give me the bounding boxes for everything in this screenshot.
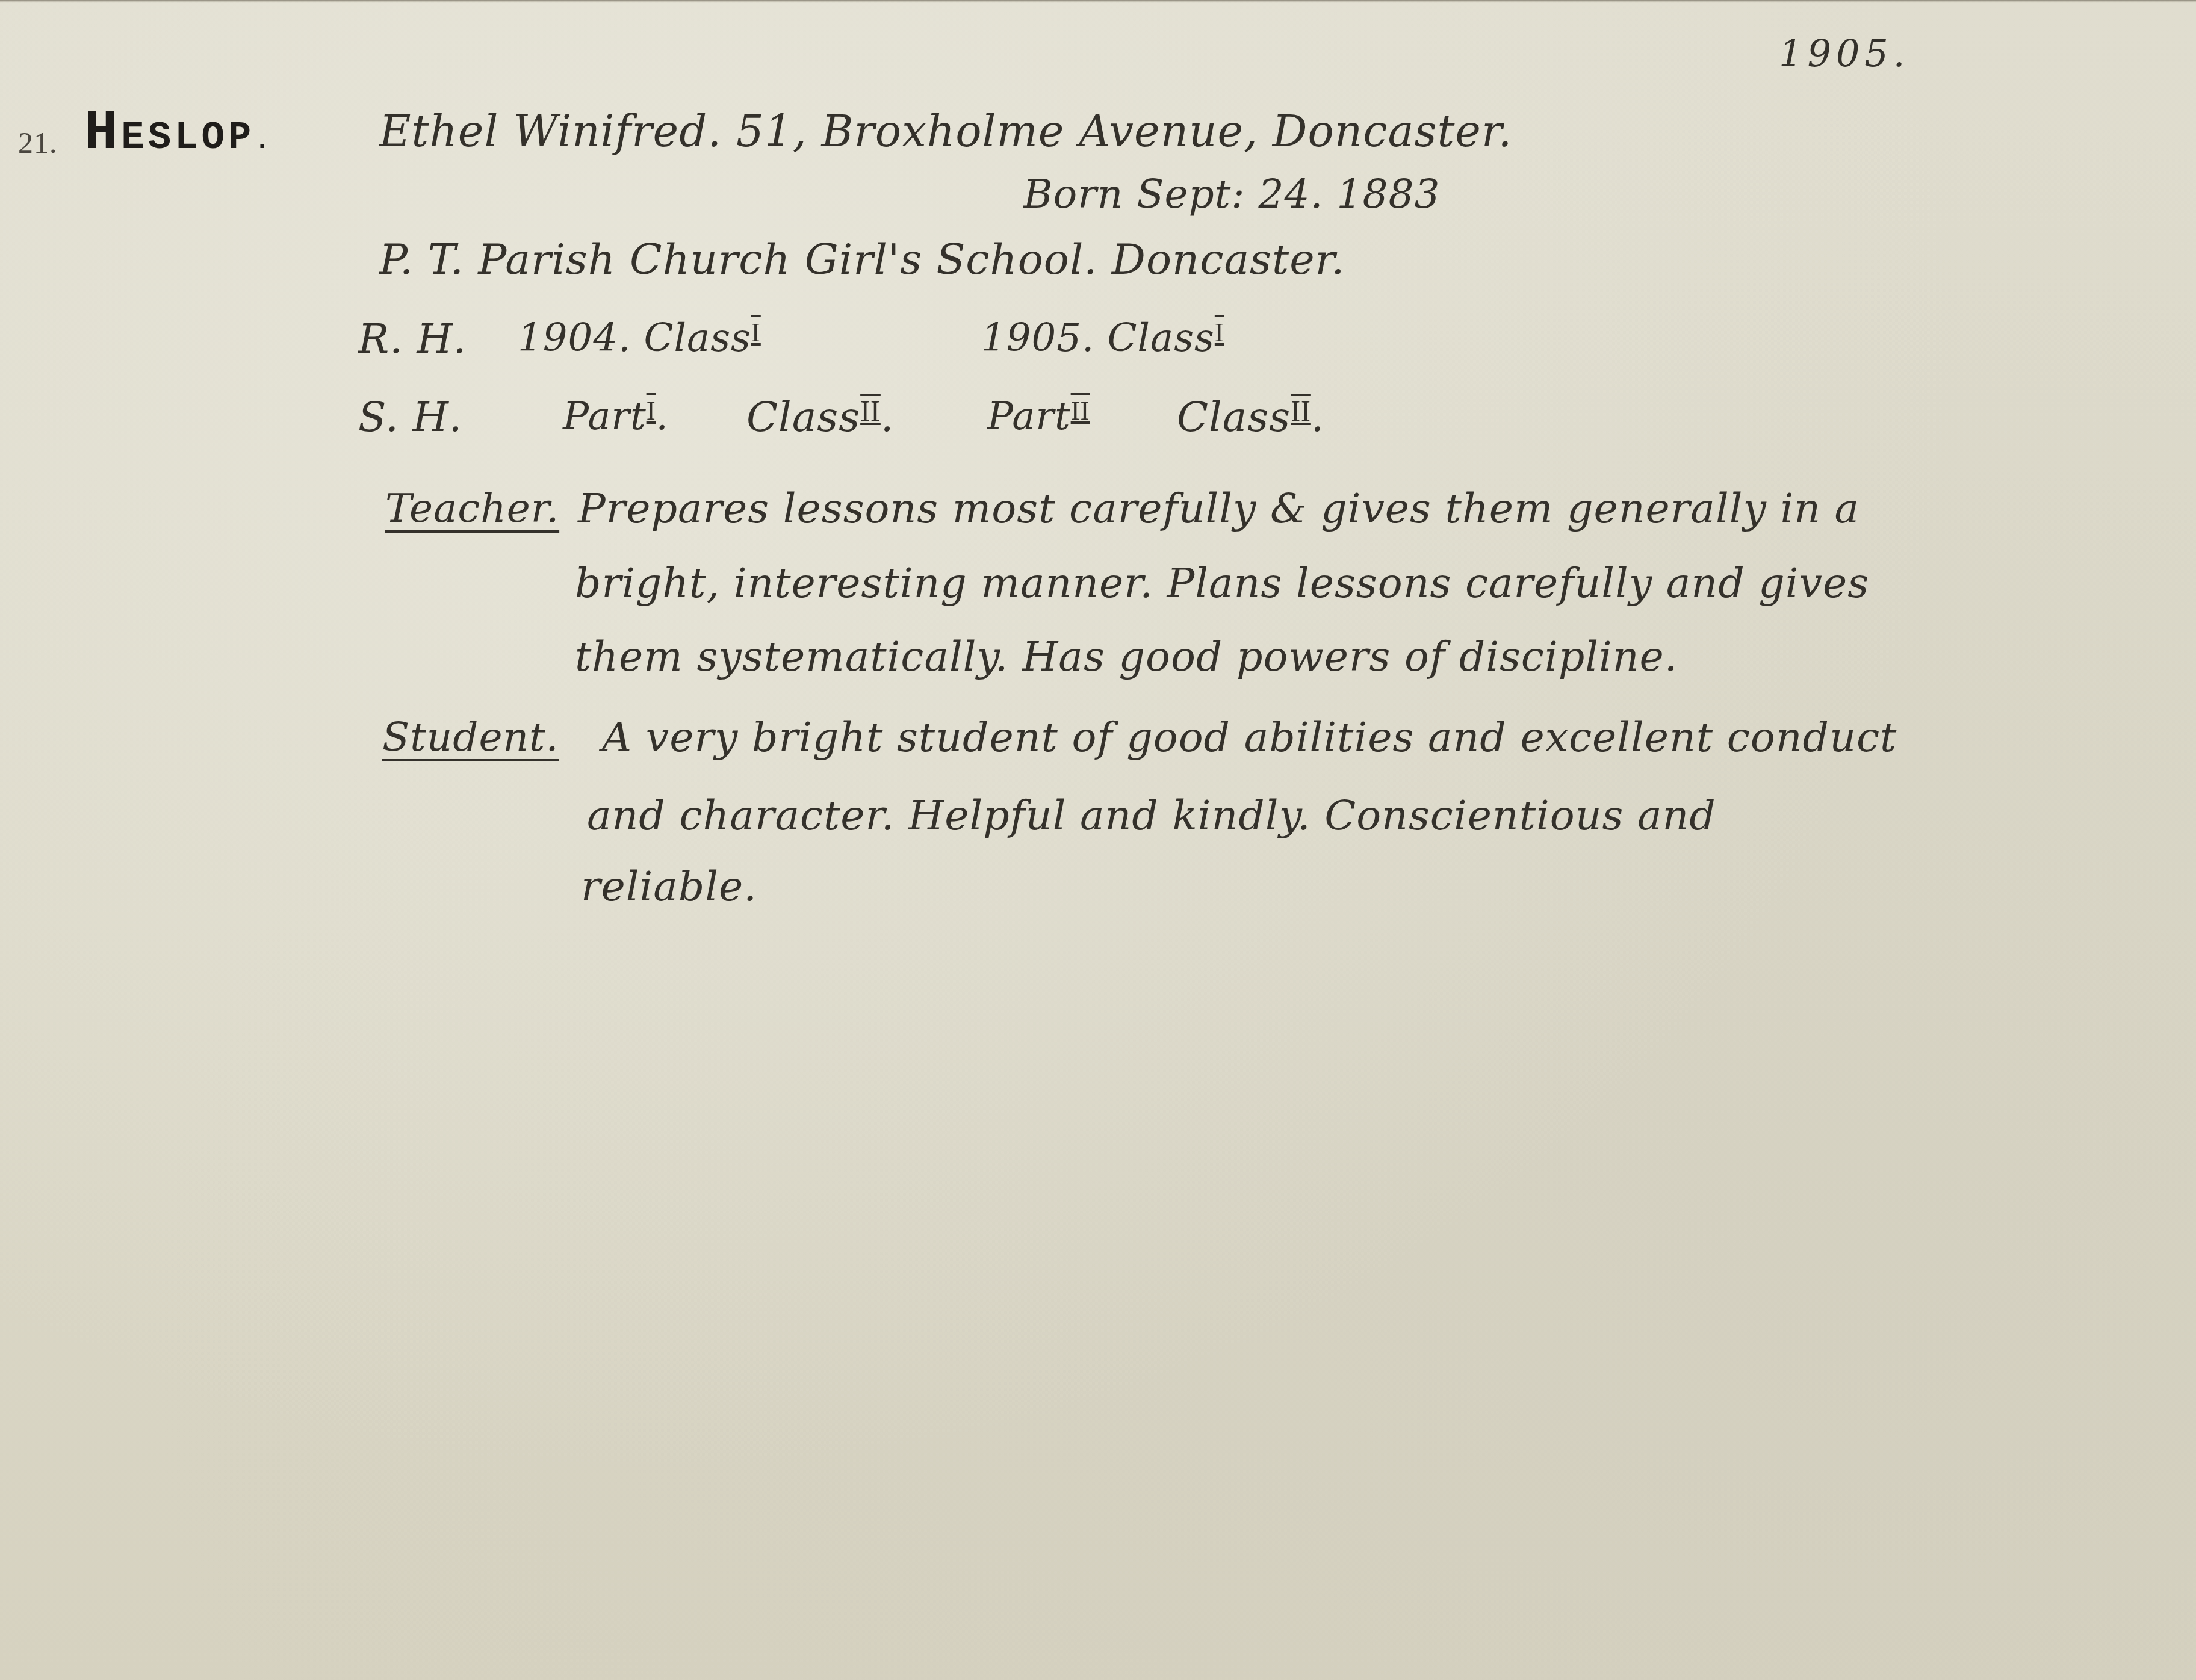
rh-class-num: I [751,317,761,347]
sh-label: S. H. [358,397,462,438]
rh-class-label: Class [1108,316,1215,361]
student-remark-line: reliable. [581,867,757,908]
pupil-teacher-school: P. T. Parish Church Girl's School. Donca… [379,238,1345,281]
surname: HESLOP. [84,106,273,161]
sh-class-2: ClassII. [1177,397,1324,438]
student-remark-line: and character. Helpful and kindly. Consc… [587,796,1716,837]
rh-entry-1904: 1904. ClassI [518,319,761,358]
surname-rest: ESLOP [121,117,255,160]
rh-class-num: I [1215,317,1224,347]
teacher-remark-line: them systematically. Has good powers of … [575,637,1678,678]
teacher-label: Teacher. [385,489,559,528]
rh-year: 1905. [981,316,1094,361]
student-remark-line: A very bright student of good abilities … [602,718,1897,758]
surname-punct: . [255,129,273,156]
entry-number: 21. [18,128,58,158]
rh-class-label: Class [644,316,751,361]
sh-part-num: I [647,395,656,426]
sh-class-label: Class [746,394,860,441]
given-names-address: Ethel Winifred. 51, Broxholme Avenue, Do… [379,110,1512,153]
sh-class-num: II [860,396,881,427]
sh-class-num: II [1291,396,1311,427]
teacher-remark-line: bright, interesting manner. Plans lesson… [575,563,1869,604]
sh-part-1: PartI. [563,397,669,436]
teacher-remark-line: Prepares lessons most carefully & gives … [578,489,1859,530]
rh-entry-1905: 1905. ClassI [981,319,1224,358]
sh-part-label: Part [563,394,647,439]
sh-part-num: II [1071,395,1090,426]
rh-label: R. H. [358,319,467,360]
sh-class-1: ClassII. [746,397,894,438]
sh-class-label: Class [1177,394,1291,441]
surname-initial: H [84,102,121,165]
birth-date: Born Sept: 24. 1883 [1023,175,1440,214]
page-top-edge [0,0,2196,3]
sh-part-2: PartII [987,397,1090,436]
sh-part-label: Part [987,394,1071,439]
sh-class-punct: . [881,394,895,441]
record-year: 1905. [1779,35,1910,72]
rh-year: 1904. [518,316,631,361]
sh-class-punct: . [1311,394,1325,441]
student-label: Student. [382,718,559,757]
sh-part-punct: . [656,394,669,439]
